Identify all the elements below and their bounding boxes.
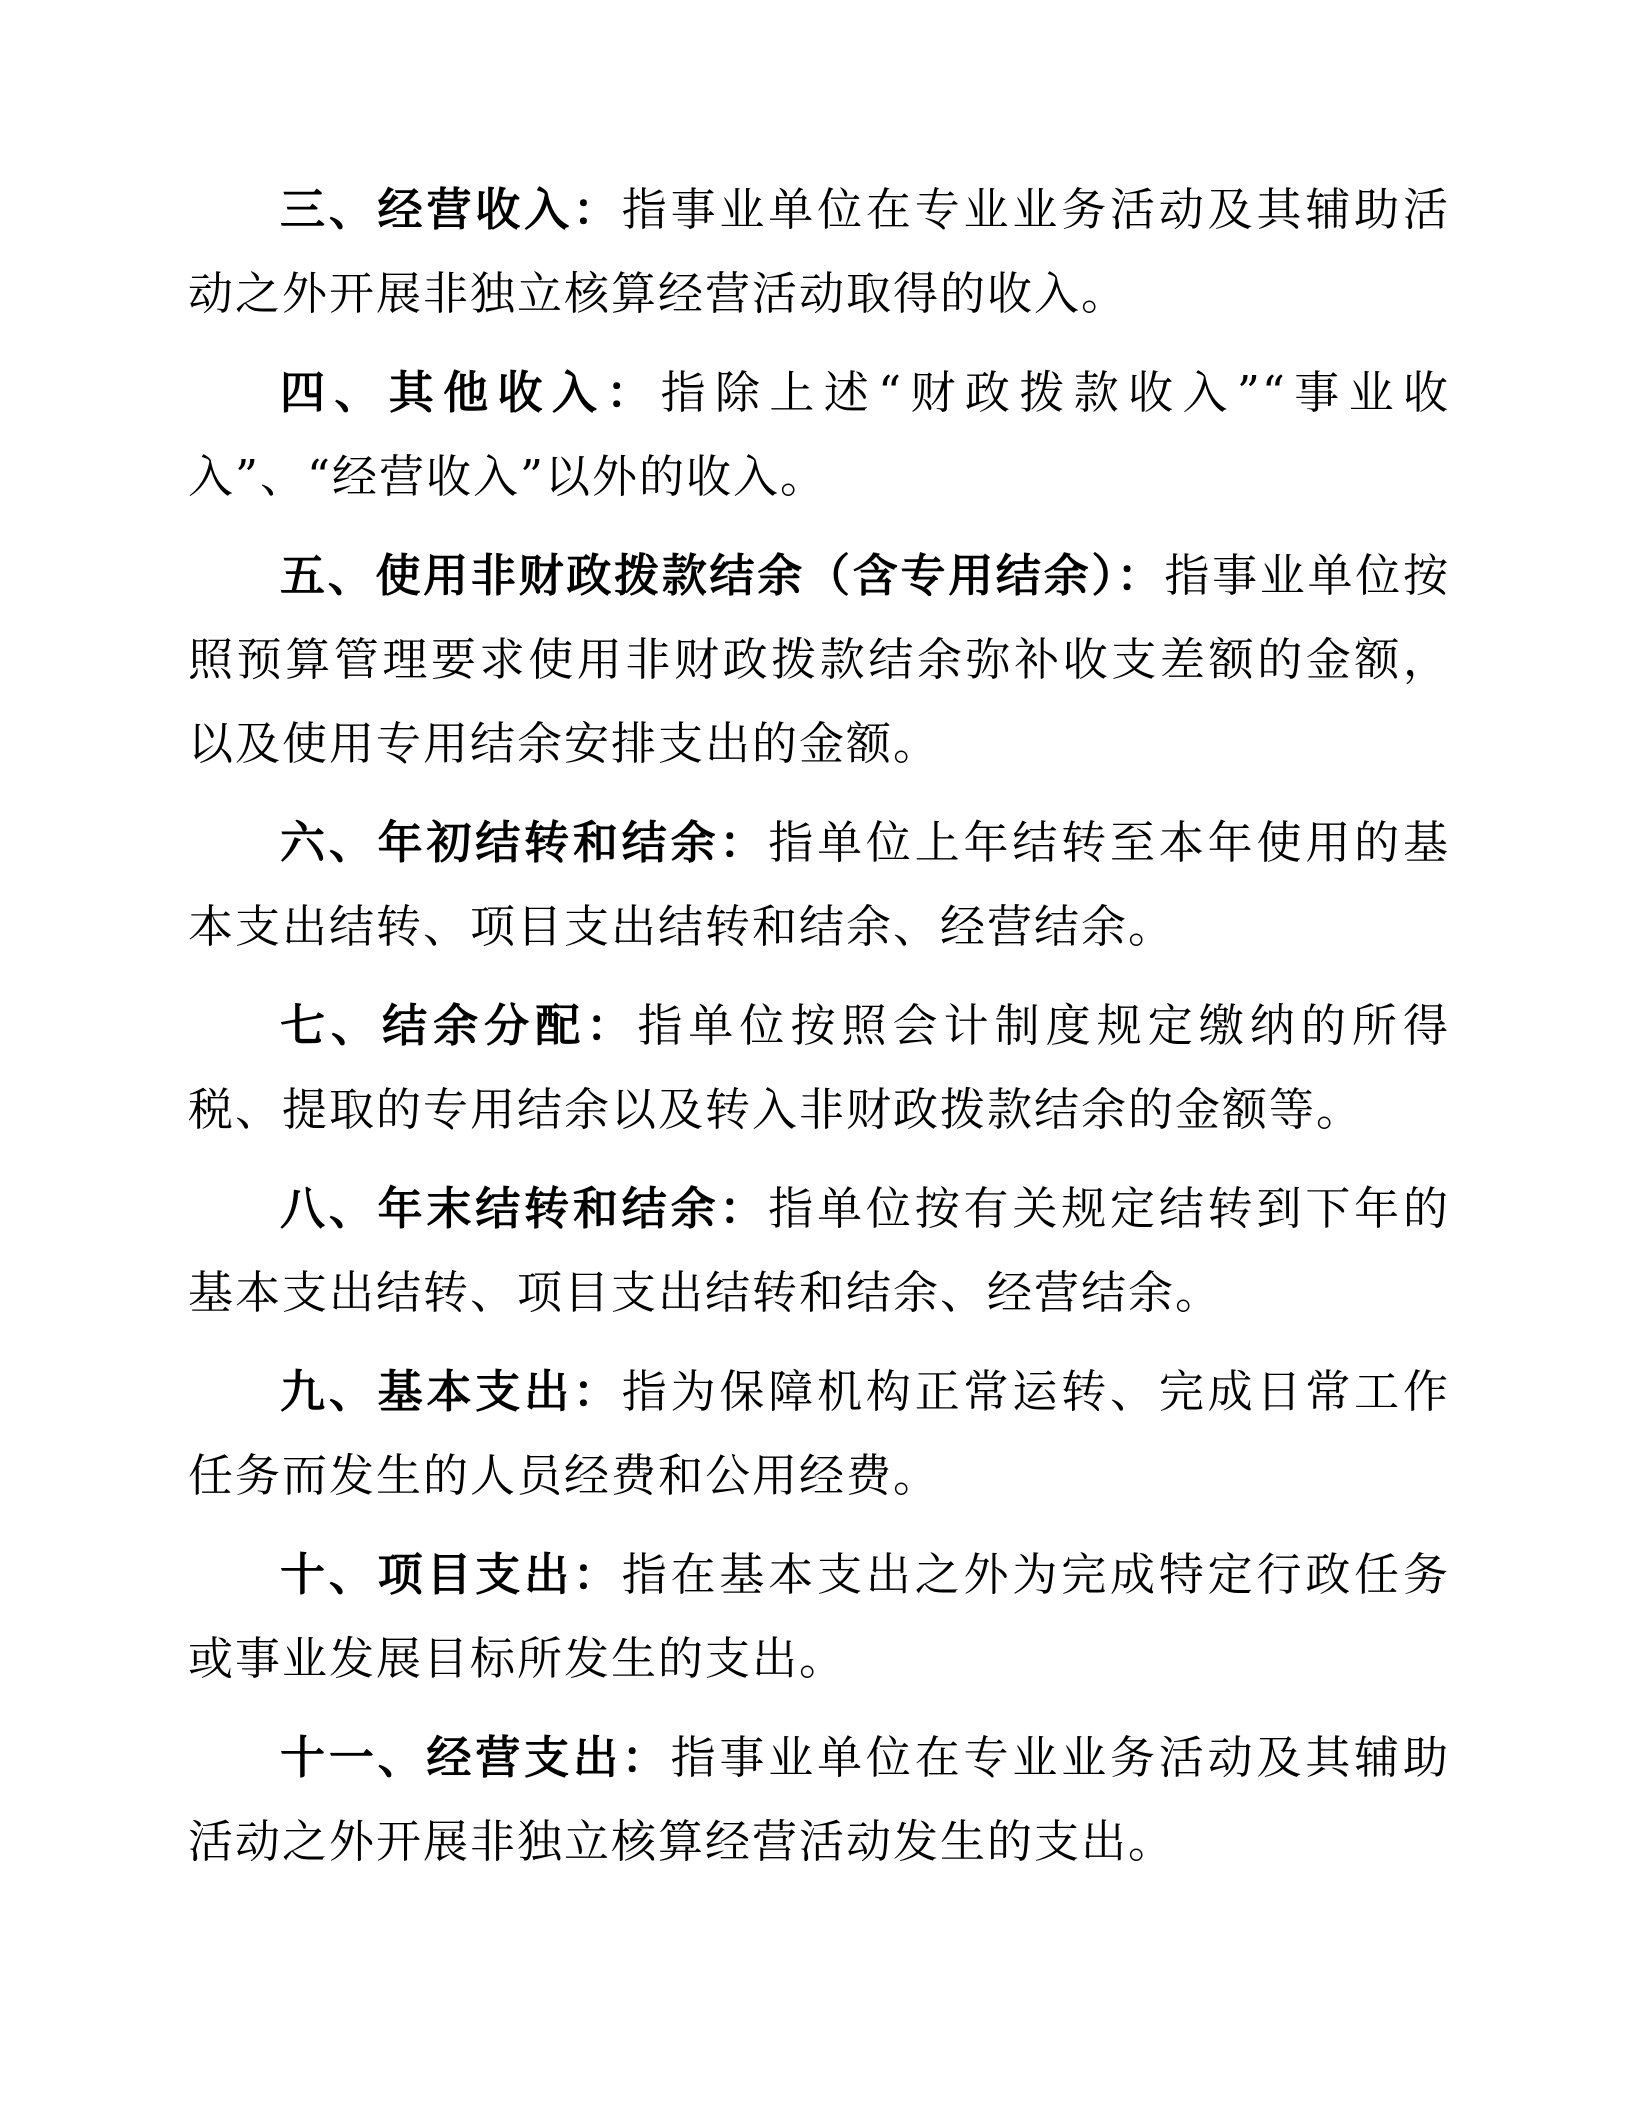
term-label: 九、基本支出：: [280, 1365, 622, 1418]
definition-paragraph: 三、经营收入：指事业单位在专业业务活动及其辅助活动之外开展非独立核算经营活动取得…: [188, 168, 1450, 336]
term-label: 十、项目支出：: [280, 1548, 622, 1601]
term-label: 三、经营收入：: [280, 183, 622, 236]
definition-paragraph: 四、其他收入：指除上述“财政拨款收入”“事业收入”、“经营收入”以外的收入。: [188, 351, 1450, 519]
definition-paragraph: 九、基本支出：指为保障机构正常运转、完成日常工作任务而发生的人员经费和公用经费。: [188, 1350, 1450, 1518]
document-page: 三、经营收入：指事业单位在专业业务活动及其辅助活动之外开展非独立核算经营活动取得…: [0, 0, 1632, 2112]
definition-paragraph: 五、使用非财政拨款结余（含专用结余）：指事业单位按照预算管理要求使用非财政拨款结…: [188, 534, 1450, 786]
term-label: 七、结余分配：: [280, 999, 637, 1052]
definition-paragraph: 七、结余分配：指单位按照会计制度规定缴纳的所得税、提取的专用结余以及转入非财政拨…: [188, 984, 1450, 1152]
definition-paragraph: 六、年初结转和结余：指单位上年结转至本年使用的基本支出结转、项目支出结转和结余、…: [188, 801, 1450, 969]
term-label: 八、年末结转和结余：: [280, 1182, 768, 1235]
definition-paragraph: 十一、经营支出：指事业单位在专业业务活动及其辅助活动之外开展非独立核算经营活动发…: [188, 1716, 1450, 1884]
term-label: 四、其他收入：: [280, 366, 661, 419]
definition-paragraph: 八、年末结转和结余：指单位按有关规定结转到下年的基本支出结转、项目支出结转和结余…: [188, 1167, 1450, 1335]
term-label: 十一、经营支出：: [280, 1731, 671, 1784]
term-label: 五、使用非财政拨款结余（含专用结余）：: [280, 549, 1164, 602]
definition-paragraph: 十、项目支出：指在基本支出之外为完成特定行政任务或事业发展目标所发生的支出。: [188, 1533, 1450, 1701]
term-label: 六、年初结转和结余：: [280, 816, 768, 869]
